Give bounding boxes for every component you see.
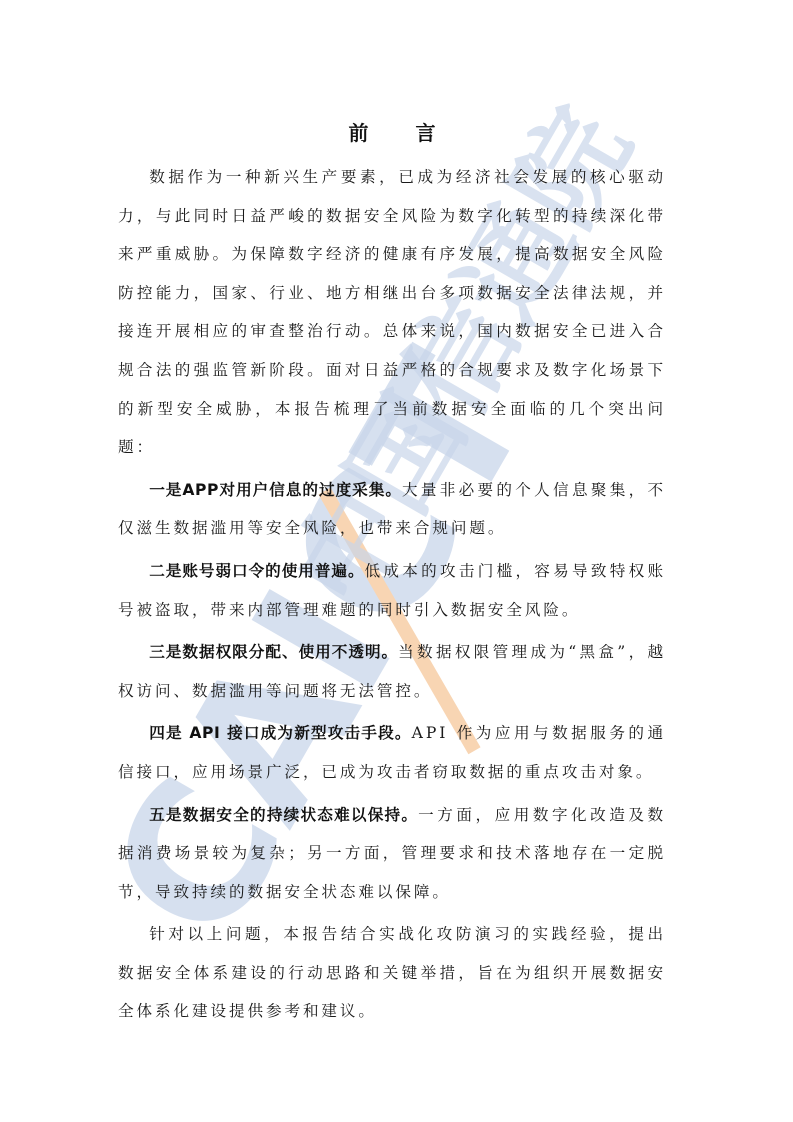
issue-paragraph-4: 四是 API 接口成为新型攻击手段。API 作为应用与数据服务的通信接口，应用场…	[118, 714, 666, 791]
issue-paragraph-5: 五是数据安全的持续状态难以保持。一方面，应用数字化改造及数据消费场景较为复杂；另…	[118, 796, 666, 912]
intro-paragraph: 数据作为一种新兴生产要素，已成为经济社会发展的核心驱动力，与此同时日益严峻的数据…	[118, 158, 666, 467]
issue-lead: 二是账号弱口令的使用普遍。	[149, 562, 364, 580]
issue-paragraph-2: 二是账号弱口令的使用普遍。低成本的攻击门槛，容易导致特权账号被盗取，带来内部管理…	[118, 552, 666, 629]
document-page: CAICT 中国信通院 前 言 数据作为一种新兴生产要素，已成为经济社会发展的核…	[0, 0, 793, 1122]
issue-lead: 三是数据权限分配、使用不透明。	[149, 643, 398, 661]
conclusion-paragraph: 针对以上问题，本报告结合实战化攻防演习的实践经验，提出数据安全体系建设的行动思路…	[118, 915, 666, 1031]
issue-lead: 五是数据安全的持续状态难以保持。	[149, 806, 418, 824]
paragraph-text: 针对以上问题，本报告结合实战化攻防演习的实践经验，提出数据安全体系建设的行动思路…	[118, 925, 666, 1020]
issue-paragraph-1: 一是APP对用户信息的过度采集。大量非必要的个人信息聚集，不仅滋生数据滥用等安全…	[118, 471, 666, 548]
issue-paragraph-3: 三是数据权限分配、使用不透明。当数据权限管理成为“黑盒”，越权访问、数据滥用等问…	[118, 633, 666, 710]
issue-lead: 一是APP对用户信息的过度采集。	[149, 481, 402, 499]
document-body: 前 言 数据作为一种新兴生产要素，已成为经济社会发展的核心驱动力，与此同时日益严…	[118, 118, 666, 1031]
page-title: 前 言	[138, 118, 666, 148]
paragraph-text: 数据作为一种新兴生产要素，已成为经济社会发展的核心驱动力，与此同时日益严峻的数据…	[118, 168, 666, 456]
issue-lead: 四是 API 接口成为新型攻击手段。	[149, 724, 411, 742]
